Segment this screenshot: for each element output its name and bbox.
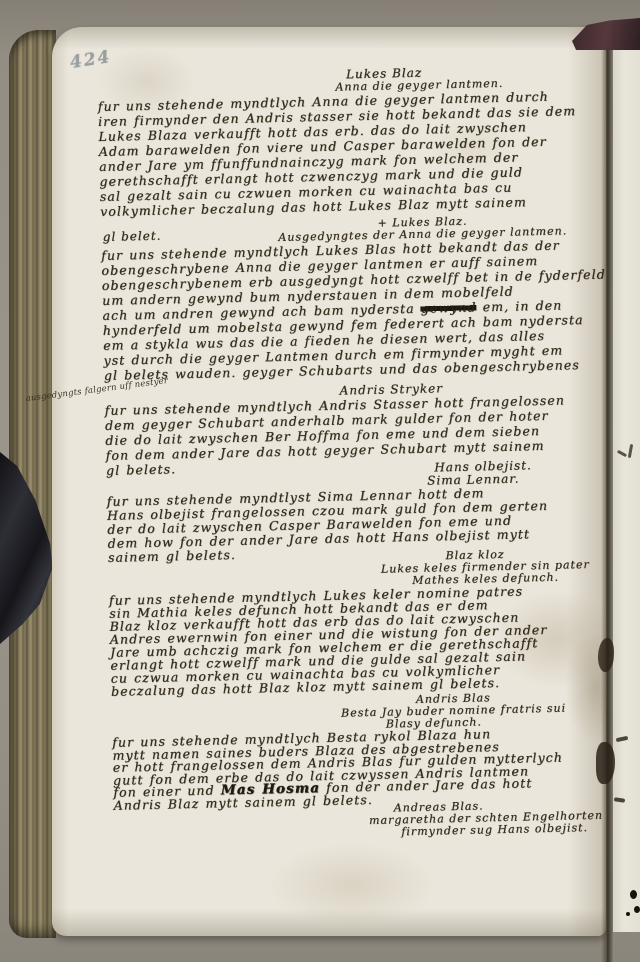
ink-speck [626, 912, 630, 916]
entry-lukes-blaz-anna: Lukes Blaz Anna die geyger lantmen. fur … [97, 63, 574, 219]
margin-label: gl belet. [103, 229, 162, 244]
photo-of-manuscript-book: 424 Lukes Blaz Anna die geyger lantmen. … [0, 0, 640, 962]
entry-blaz-kloz: Blaz kloz Lukes keles firmender sin pate… [108, 547, 585, 698]
struck-word: gewynd [421, 299, 477, 315]
signature-line: firmynder sug Hans olbejist. [401, 822, 599, 838]
ink-speck [634, 906, 640, 913]
ink-speck [630, 890, 637, 899]
cover-spine-top [572, 18, 640, 50]
entry-ausgedyngtes: gl belet. + Lukes Blaz. Ausgedyngtes der… [100, 213, 577, 383]
entry-footer-signatures: Andreas Blas. margaretha der schten Enge… [369, 798, 600, 839]
book-gutter [601, 40, 613, 962]
entry-andris-blas: Andris Blas Besta Jay buder nomine fratr… [111, 690, 587, 812]
handwritten-text: Lukes Blaz Anna die geyger lantmen. fur … [97, 63, 589, 874]
